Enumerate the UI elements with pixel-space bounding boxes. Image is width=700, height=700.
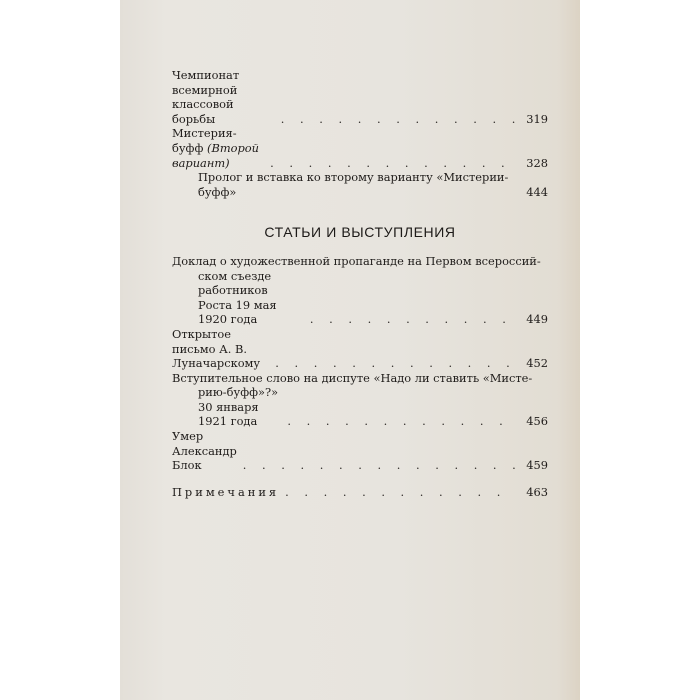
toc-entry-line2: рию-буфф»?» 30 января 1921 года <box>198 385 281 429</box>
toc-entry-title: Мистерия-буфф (Второй вариант) <box>172 126 264 170</box>
toc-page-number: 452 <box>516 356 548 371</box>
toc-entry: Доклад о художественной пропаганде на Пе… <box>172 254 548 327</box>
leader-dots: . . . . . . . . . . . . . . . . . . . . … <box>264 156 516 171</box>
leader-dots: . . . . . . . . . . . . . . . . . . . . … <box>279 485 516 500</box>
spacer <box>172 473 548 485</box>
toc-entry-continuation: ском съезде работников Роста 19 мая 1920… <box>172 269 548 327</box>
toc-page-number: 463 <box>516 485 548 500</box>
toc-entry: Открытое письмо А. В. Луначарскому . . .… <box>172 327 548 371</box>
toc-entry-title: Открытое письмо А. В. Луначарскому <box>172 327 269 371</box>
toc-entry-line1: Вступительное слово на диспуте «Надо ли … <box>172 371 548 386</box>
section-heading: СТАТЬИ И ВЫСТУПЛЕНИЯ <box>172 225 548 240</box>
toc-entry: Вступительное слово на диспуте «Надо ли … <box>172 371 548 429</box>
toc-entry: Чемпионат всемирной классовой борьбы . .… <box>172 68 548 126</box>
toc-page-number: 456 <box>516 414 548 429</box>
toc-page-number: 449 <box>516 312 548 327</box>
leader-dots: . . . . . . . . . . . . . . . . . . . . … <box>269 356 516 371</box>
toc-subentry: Пролог и вставка ко второму варианту «Ми… <box>172 170 548 199</box>
toc-entry: Умер Александр Блок . . . . . . . . . . … <box>172 429 548 473</box>
toc-entry-line2: ском съезде работников Роста 19 мая 1920… <box>198 269 304 327</box>
toc-entry-line1: Доклад о художественной пропаганде на Пе… <box>172 254 548 269</box>
table-of-contents: Чемпионат всемирной классовой борьбы . .… <box>172 68 548 499</box>
toc-entry-title: Умер Александр Блок <box>172 429 237 473</box>
toc-entry-title: Пролог и вставка ко второму варианту «Ми… <box>198 170 516 199</box>
toc-entry-continuation: рию-буфф»?» 30 января 1921 года . . . . … <box>172 385 548 429</box>
toc-page-number: 444 <box>516 185 548 200</box>
book-page: Чемпионат всемирной классовой борьбы . .… <box>120 0 580 700</box>
leader-dots: . . . . . . . . . . . . . . . . . . . . … <box>237 458 516 473</box>
leader-dots: . . . . . . . . . . . . . . . . . . . . … <box>281 414 516 429</box>
toc-entry-title: Чемпионат всемирной классовой борьбы <box>172 68 275 126</box>
toc-entry: Мистерия-буфф (Второй вариант) . . . . .… <box>172 126 548 170</box>
toc-entry-notes: Примечания . . . . . . . . . . . . . . .… <box>172 485 548 500</box>
leader-dots: . . . . . . . . . . . . . . . . . . . . … <box>304 312 516 327</box>
toc-page-number: 328 <box>516 156 548 171</box>
toc-page-number: 459 <box>516 458 548 473</box>
leader-dots: . . . . . . . . . . . . . . . . . . . . … <box>275 112 516 127</box>
toc-entry-title: Примечания <box>172 485 279 500</box>
toc-page-number: 319 <box>516 112 548 127</box>
